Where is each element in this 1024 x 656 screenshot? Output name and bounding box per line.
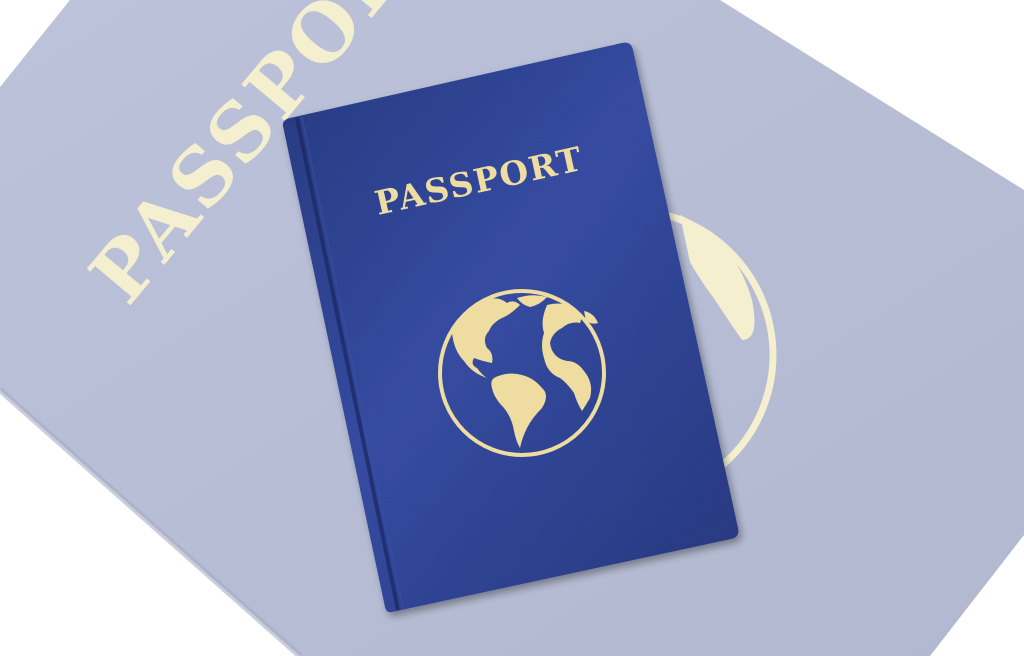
passport-scene: PASSPORT PASSPORT: [0, 0, 1024, 656]
